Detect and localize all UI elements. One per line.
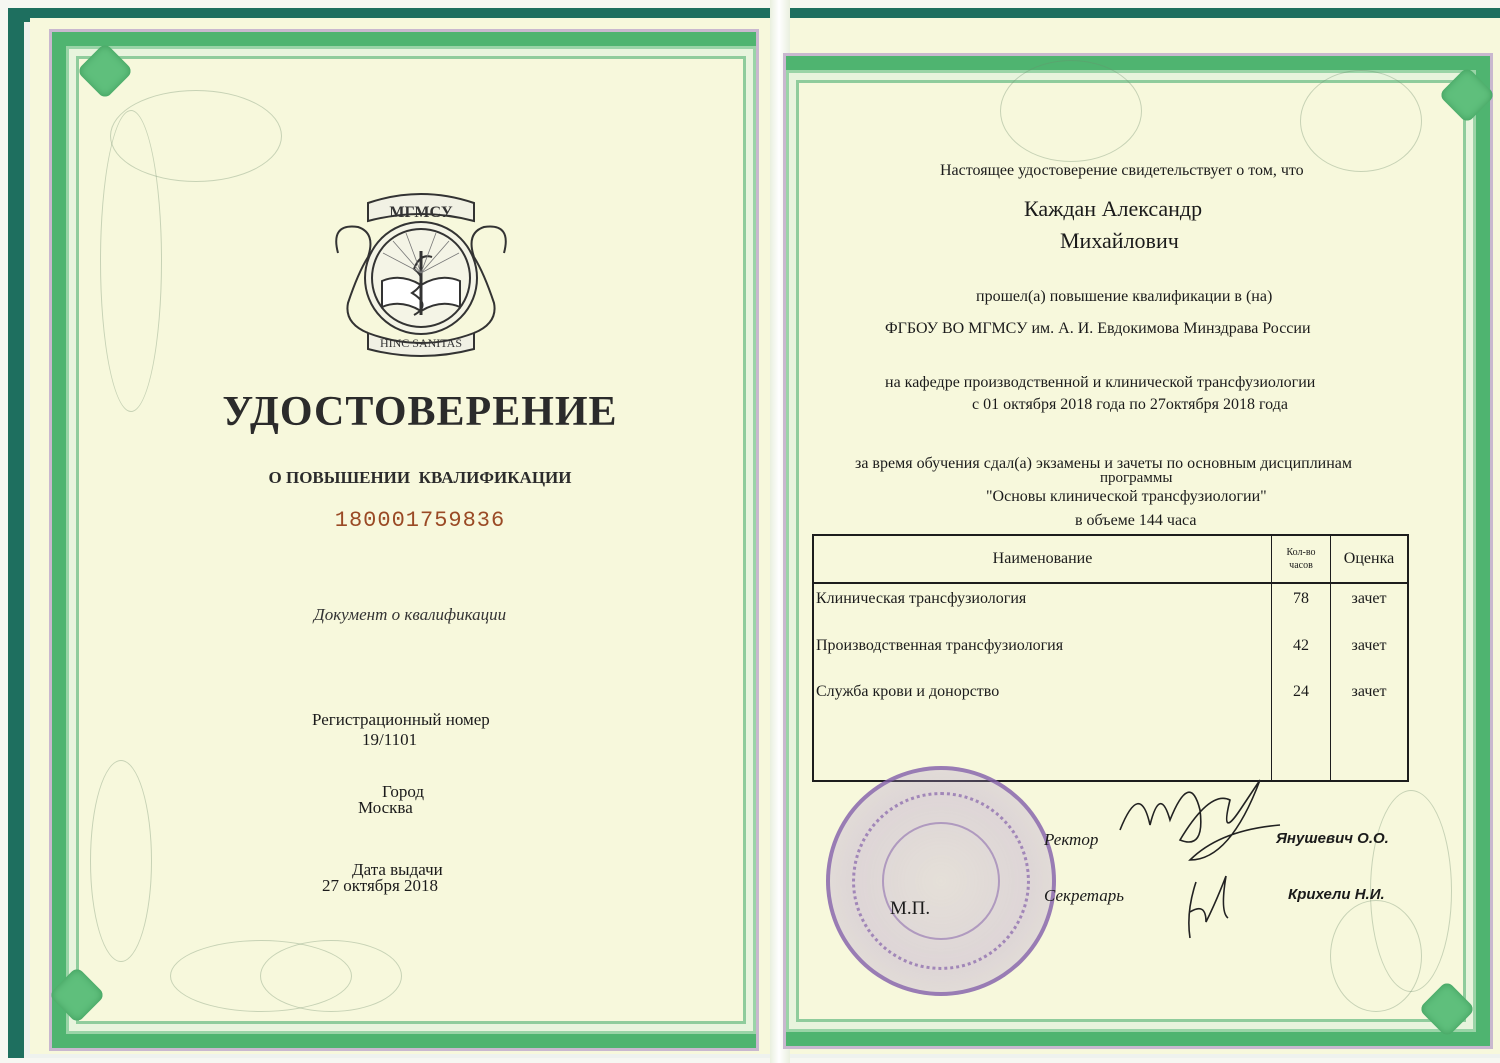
guilloche-pattern (90, 760, 152, 962)
registration-number-value: 19/1101 (362, 730, 417, 750)
program-label: программы (1100, 470, 1172, 487)
rector-signature-icon (1110, 770, 1290, 880)
passed-text: прошел(а) повышение квалификации в (на) (976, 288, 1272, 306)
program-volume: в объеме 144 часа (1075, 512, 1196, 530)
official-seal-stamp (826, 766, 1056, 996)
guilloche-pattern (1300, 70, 1422, 172)
department-text: на кафедре производственной и клиническо… (885, 374, 1315, 392)
registration-number-label: Регистрационный номер (312, 710, 490, 730)
certificate-title: УДОСТОВЕРЕНИЕ (200, 388, 640, 436)
seal-label: М.П. (890, 898, 930, 920)
svg-text:МГМСУ: МГМСУ (389, 204, 453, 221)
disciplines-table: Наименование Кол-во часов Оценка Клиниче… (812, 534, 1409, 782)
table-row: Производственная трансфузиология 42 заче… (813, 631, 1408, 677)
intro-text: Настоящее удостоверение свидетельствует … (940, 162, 1304, 180)
guilloche-pattern (1330, 900, 1422, 1012)
column-header-hours: Кол-во часов (1272, 535, 1331, 583)
institution-name: ФГБОУ ВО МГМСУ им. А. И. Евдокимова Минз… (885, 320, 1311, 338)
guilloche-pattern (1000, 60, 1142, 162)
study-period: с 01 октября 2018 года по 27октября 2018… (972, 396, 1288, 414)
column-header-grade: Оценка (1331, 535, 1409, 583)
guilloche-pattern (260, 940, 402, 1012)
city-value: Москва (358, 798, 413, 818)
table-row: Клиническая трансфузиология 78 зачет (813, 583, 1408, 631)
column-header-name: Наименование (813, 535, 1272, 583)
signature-name-rector: Янушевич О.О. (1276, 830, 1389, 847)
signature-role-rector: Ректор (1044, 830, 1098, 850)
university-emblem-icon: МГМСУ HINC SANITAS (328, 183, 514, 359)
document-kind: Документ о квалификации (200, 605, 620, 625)
signature-role-secretary: Секретарь (1044, 886, 1124, 906)
serial-number: 180001759836 (200, 508, 640, 533)
guilloche-pattern (100, 110, 162, 412)
table-row: Служба крови и донорство 24 зачет (813, 677, 1408, 723)
issue-date-value: 27 октября 2018 (322, 876, 438, 896)
certificate-subtitle: О ПОВЫШЕНИИ КВАЛИФИКАЦИИ (200, 468, 640, 488)
holder-name-line2: Михайлович (1060, 228, 1179, 254)
holder-name-line1: Каждан Александр (1024, 196, 1202, 222)
program-name: "Основы клинической трансфузиологии" (986, 488, 1267, 506)
secretary-signature-icon (1176, 872, 1246, 942)
signature-name-secretary: Крихели Н.И. (1288, 886, 1385, 903)
svg-text:HINC SANITAS: HINC SANITAS (380, 336, 462, 350)
